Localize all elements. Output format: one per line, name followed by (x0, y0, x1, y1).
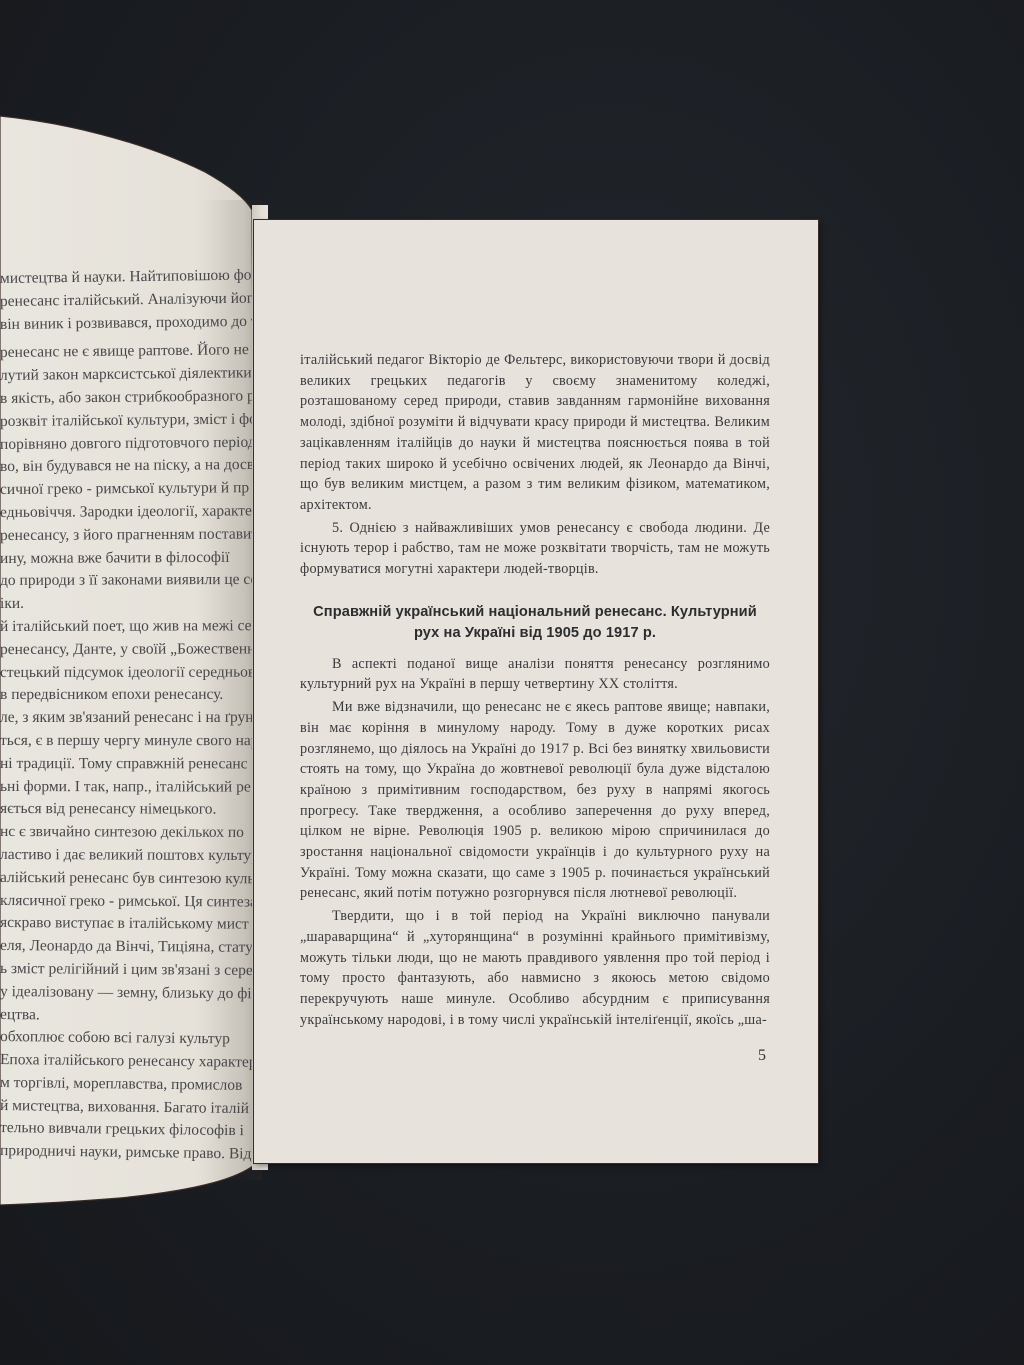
left-page-line: ину, можна вже бачити в філософії (0, 546, 254, 570)
left-page-line: обхоплює собою всі галузі культур (0, 1026, 254, 1051)
left-page-line: яскраво виступає в італійському мист (0, 912, 254, 936)
left-page-line: ренесансу, з його прагненням поставити (0, 523, 254, 547)
left-page-line: м торгівлі, мореплавства, промислов (0, 1072, 254, 1098)
left-page: мистецтва й науки. Найтиповішою формоюре… (0, 0, 266, 1365)
paragraph-point-5: 5. Однією з найважливіших умов ренесансу… (300, 518, 770, 580)
left-page-line: во, він будувався не на піску, а на досв… (0, 454, 254, 479)
left-page-line: ецтва. (0, 1004, 254, 1029)
left-page-line: едньовіччя. Зародки ідеології, характери… (0, 500, 254, 524)
left-page-line: нс є звичайно синтезою декількох по (0, 821, 254, 845)
left-page-line: він виник і розвивався, проходимо до так (0, 310, 254, 336)
left-page-line: еля, Леонардо да Вінчі, Тиціяна, статуї … (0, 935, 254, 960)
left-page-line: стецький підсумок ідеології середньовіч (0, 661, 254, 684)
left-page-line: лутий закон марксистської діялектики про (0, 362, 254, 388)
left-page-line: до природи з її законами виявили це сере (0, 569, 254, 593)
paragraph-aspect: В аспекті поданої вище аналізи поняття р… (300, 654, 770, 695)
left-page-line: у ідеалізовану — земну, близьку до фі (0, 981, 254, 1006)
left-page-line: ь зміст релігійний і цим зв'язані з сере… (0, 958, 254, 983)
left-page-line: в якість, або закон стрибкообразного ро (0, 385, 254, 410)
paragraph-sharavarshchyna: Твердити, що і в той період на Україні в… (300, 906, 770, 1030)
left-page-line: природничі науки, римське право. Від (0, 1140, 254, 1163)
left-page-line: яється від ренесансу німецького. (0, 798, 254, 822)
left-page-line: ле, з яким зв'язаний ренесанс і на ґрунт… (0, 707, 254, 730)
left-page-line: ластиво і дає великий поштовх культур (0, 844, 254, 868)
left-page-line: ні традиції. Тому справжній ренесанс (0, 753, 254, 776)
left-page-line: ренесанс не є явище раптове. Його не мож… (0, 339, 254, 365)
right-page-text-column: італійський педагог Вікторіо де Фельтерс… (300, 350, 770, 1030)
left-page-line: ренесанс італійський. Аналізуючи його й … (0, 287, 254, 313)
left-page-line: й італійський поет, що жив на межі серед… (0, 615, 254, 639)
left-page-line: сичної греко - римської культури й пр (0, 477, 254, 502)
section-heading: Справжній український національний ренес… (300, 602, 770, 644)
left-page-line: розквіт італійської культури, зміст і фо… (0, 408, 254, 433)
left-page-line: в передвісником епохи ренесансу. (0, 684, 254, 707)
left-page-line: клясичної греко - римської. Ця синтеза (0, 890, 254, 914)
left-page-line: порівняно довгого підготовчого періоду (0, 431, 254, 456)
left-page-line: іки. (0, 592, 254, 616)
left-page-text: мистецтва й науки. Найтиповішою формоюре… (0, 268, 254, 1163)
page-number: 5 (758, 1047, 766, 1065)
left-page-line: ренесансу, Данте, у своїй „Божественній (0, 638, 254, 661)
left-page-line: алійський ренесанс був синтезою культ (0, 867, 254, 891)
right-page: італійський педагог Вікторіо де Фельтерс… (254, 220, 818, 1163)
left-page-line: ьні форми. І так, напр., італійський ре (0, 776, 254, 799)
left-page-line: ться, є в першу чергу минуле свого народ (0, 730, 254, 753)
paragraph-continuation: італійський педагог Вікторіо де Фельтерс… (300, 350, 770, 516)
left-page-line: Епоха італійського ренесансу характер (0, 1049, 254, 1075)
paragraph-renaissance-roots: Ми вже відзначили, що ренесанс не є якес… (300, 697, 770, 904)
